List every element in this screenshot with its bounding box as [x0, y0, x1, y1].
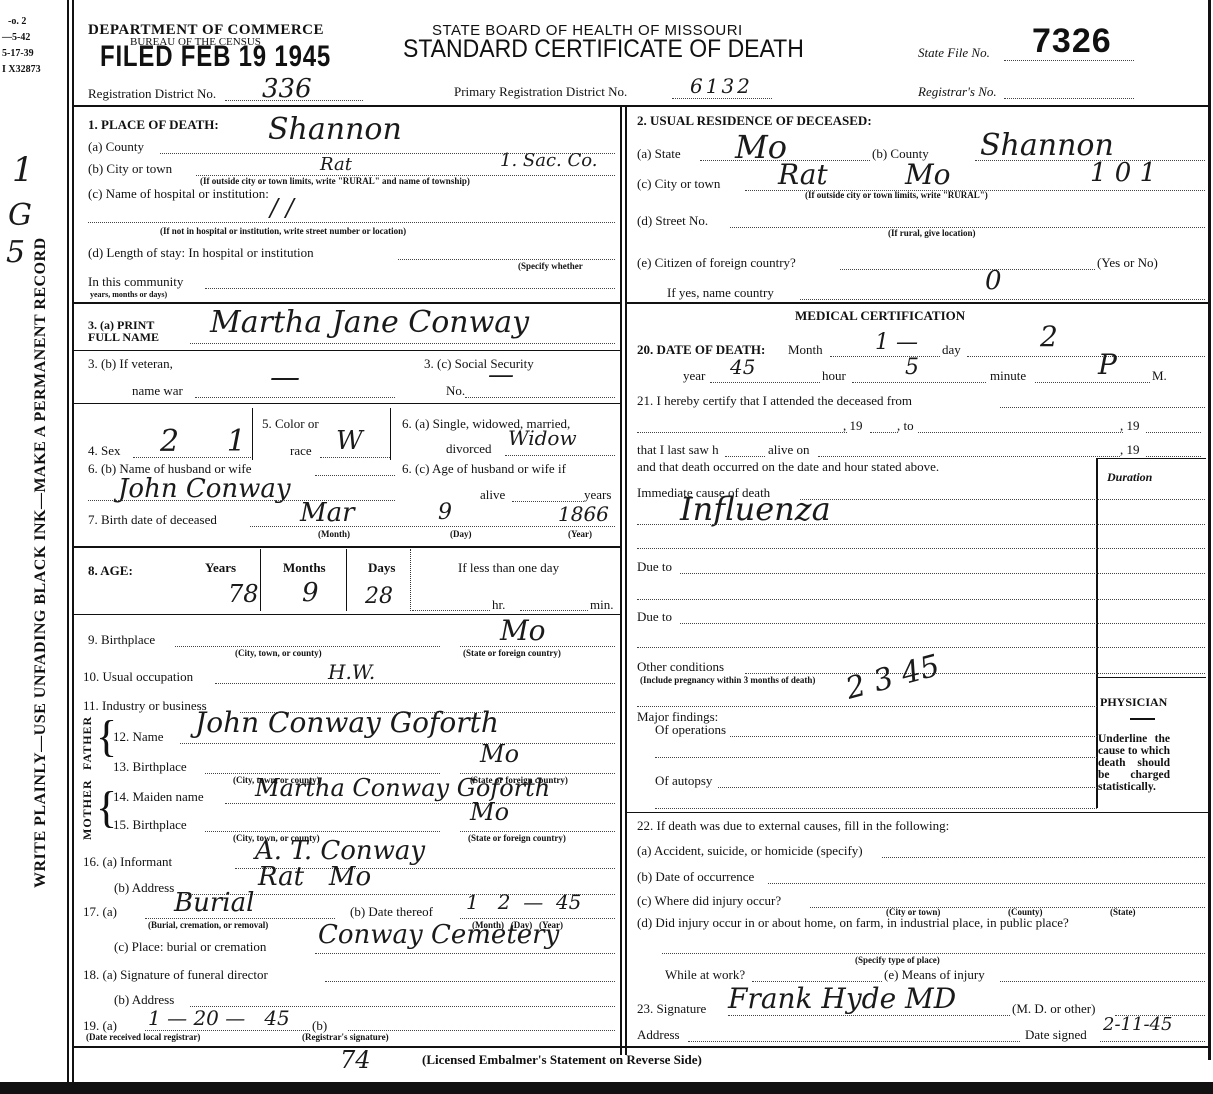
mother-name-label: 14. Maiden name	[113, 789, 204, 805]
birth-month-value: Mar	[300, 498, 355, 528]
age-months-value: 9	[302, 578, 319, 608]
registration-district-value: 336	[262, 74, 312, 104]
page-title: STANDARD CERTIFICATE OF DEATH	[403, 35, 804, 64]
margin-code: 5-17-39	[2, 46, 41, 62]
birthplace-value: Mo	[500, 614, 546, 647]
state-file-value: 7326	[1032, 22, 1112, 61]
birth-date-label: 7. Birth date of deceased	[88, 512, 217, 528]
work-label: While at work?	[665, 967, 745, 983]
column-divider	[620, 105, 622, 1055]
death-city-note: (If outside city or town limits, write "…	[200, 176, 470, 186]
veteran-value: —	[270, 360, 300, 395]
father-name-label: 12. Name	[113, 729, 164, 745]
res-city-label: (c) City or town	[637, 176, 720, 192]
primary-district-value: 6132	[690, 74, 753, 98]
mother-birth-value: Mo	[470, 798, 509, 826]
occupation-label: 10. Usual occupation	[83, 669, 193, 685]
birthplace-label: 9. Birthplace	[88, 632, 155, 648]
death-minute-label: minute	[990, 368, 1026, 384]
autopsy-label: Of autopsy	[655, 773, 712, 789]
age-min-label: min.	[590, 597, 613, 613]
death-minute-value: P	[1098, 348, 1117, 381]
full-name-value: Martha Jane Conway	[210, 305, 529, 340]
footer-note: (Licensed Embalmer's Statement on Revers…	[422, 1052, 702, 1068]
due-to-2-label: Due to	[637, 609, 672, 625]
birth-year-note: (Year)	[568, 529, 592, 539]
certify-19a: , 19	[843, 418, 863, 434]
res-street-note: (If rural, give location)	[888, 228, 975, 238]
registrar-date-value: 1 — 20 — 45	[148, 1006, 290, 1030]
veteran-label-1: 3. (b) If veteran,	[88, 356, 173, 372]
informant-address-label: (b) Address	[114, 880, 174, 896]
informant-label: 16. (a) Informant	[83, 854, 172, 870]
ss-value: —	[488, 360, 514, 390]
margin-code: -o. 2	[2, 14, 41, 30]
death-city-label: (b) City or town	[88, 161, 172, 177]
last-saw-label: that I last saw h	[637, 442, 719, 458]
primary-district-label: Primary Registration District No.	[454, 84, 627, 100]
hospital-value: / /	[270, 194, 294, 222]
marital-value: Widow	[508, 426, 577, 450]
veteran-label-2: name war	[132, 383, 183, 399]
sex-value: 2 1	[160, 424, 246, 459]
spouse-age-suffix: years	[584, 487, 611, 503]
father-birth-label: 13. Birthplace	[113, 759, 187, 775]
physician-note: Underline the cause to which death shoul…	[1098, 733, 1170, 793]
residence-heading: 2. USUAL RESIDENCE OF DECEASED:	[637, 113, 872, 129]
informant-address-value: Rat Mo	[258, 862, 371, 892]
external-d-label: (d) Did injury occur in or about home, o…	[637, 915, 1069, 931]
age-years-label: Years	[205, 560, 236, 576]
other-conditions-label: Other conditions	[637, 659, 724, 675]
res-country-value: 0	[985, 266, 1002, 296]
certify-19b: , 19	[1120, 418, 1140, 434]
disposition-label: 17. (a)	[83, 904, 117, 920]
community-note: years, months or days)	[90, 290, 167, 299]
mother-side-label: MOTHER	[80, 779, 95, 840]
death-day-label: day	[942, 342, 961, 358]
death-day-value: 2	[1040, 320, 1058, 353]
name-label-2: FULL NAME	[88, 330, 159, 345]
operations-label: Of operations	[655, 722, 726, 738]
registration-district-label: Registration District No.	[88, 86, 216, 102]
external-d-note: (Specify type of place)	[855, 955, 940, 965]
ss-label-2: No.	[446, 383, 465, 399]
birth-day-note: (Day)	[450, 529, 472, 539]
age-hr-label: hr.	[492, 597, 505, 613]
mother-birth-label: 15. Birthplace	[113, 817, 187, 833]
external-b-label: (b) Date of occurrence	[637, 869, 754, 885]
death-month-value: 1 —	[875, 330, 918, 355]
vertical-instruction: WRITE PLAINLY—USE UNFADING BLACK INK—MAK…	[32, 237, 50, 888]
place-heading: 1. PLACE OF DEATH:	[88, 117, 219, 133]
death-city-value: Rat	[320, 154, 352, 175]
father-side-label: FATHER	[80, 716, 95, 770]
signature-label: 23. Signature	[637, 1001, 706, 1017]
age-label: 8. AGE:	[88, 563, 133, 579]
duration-label: Duration	[1107, 470, 1152, 485]
external-c-note-state: (State)	[1110, 907, 1136, 917]
spouse-age-label-1: 6. (c) Age of husband or wife if	[402, 461, 566, 477]
margin-code: —5-42	[2, 30, 41, 46]
birth-year-value: 1866	[558, 502, 609, 526]
place-label: (c) Place: burial or cremation	[114, 939, 266, 955]
registrar-no-label: Registrar's No.	[918, 84, 997, 100]
death-county-label: (a) County	[88, 139, 144, 155]
place-value: Conway Cemetery	[318, 920, 559, 950]
date-signed-value: 2-11-45	[1103, 1014, 1172, 1035]
res-citizen-label: (e) Citizen of foreign country?	[637, 255, 796, 271]
birth-month-note: (Month)	[318, 529, 350, 539]
mother-state-note: (State or foreign country)	[468, 833, 566, 843]
community-label: In this community	[88, 274, 183, 290]
last-19: , 19	[1120, 442, 1140, 458]
physician-address-label: Address	[637, 1027, 680, 1043]
left-border	[67, 0, 69, 1094]
death-city-extra: 1. Sac. Co.	[500, 150, 598, 171]
color-label-1: 5. Color or	[262, 416, 319, 432]
color-label-2: race	[290, 443, 312, 459]
age-less-label: If less than one day	[458, 560, 559, 576]
death-occurred-text: and that death occurred on the date and …	[637, 459, 939, 475]
registrar-sig-note: (Registrar's signature)	[302, 1032, 389, 1042]
birthplace-state-note: (State or foreign country)	[463, 648, 561, 658]
other-conditions-value: 2 3 45	[842, 648, 943, 707]
res-city-value: Rat	[778, 158, 828, 191]
hospital-label: (c) Name of hospital or institution:	[88, 186, 269, 202]
age-days-value: 28	[365, 584, 393, 609]
signature-value: Frank Hyde MD	[728, 982, 956, 1015]
certify-to: , to	[897, 418, 914, 434]
res-city-extra: 1 0 1	[1090, 158, 1156, 188]
margin-code: I X32873	[2, 62, 41, 78]
hospital-note: (If not in hospital or institution, writ…	[160, 226, 406, 236]
medical-heading: MEDICAL CERTIFICATION	[795, 308, 965, 324]
sex-label: 4. Sex	[88, 443, 121, 459]
margin-mark: 5	[6, 235, 25, 270]
res-country-label: If yes, name country	[667, 285, 774, 301]
father-name-value: John Conway Goforth	[195, 706, 499, 739]
father-birth-value: Mo	[480, 740, 519, 768]
external-heading: 22. If death was due to external causes,…	[637, 818, 949, 834]
res-city-note: (If outside city or town limits, write "…	[805, 190, 988, 200]
death-year-value: 45	[730, 355, 755, 379]
date-signed-label: Date signed	[1025, 1027, 1087, 1043]
res-street-label: (d) Street No.	[637, 213, 708, 229]
bottom-band	[0, 1082, 1213, 1094]
stay-label: (d) Length of stay: In hospital or insti…	[88, 245, 314, 261]
date-thereof-value: 1 2 — 45	[466, 890, 581, 914]
marital-label-2: divorced	[446, 441, 491, 457]
death-year-label: year	[683, 368, 705, 384]
disposition-value: Burial	[174, 888, 254, 918]
means-label: (e) Means of injury	[884, 967, 985, 983]
filed-stamp: FILED FEB 19 1945	[100, 40, 331, 74]
death-hour-label: hour	[822, 368, 846, 384]
margin-mark: G	[8, 198, 32, 233]
alive-on-label: alive on	[768, 442, 810, 458]
res-city-value-2: Mo	[905, 158, 951, 191]
header-rule	[72, 105, 1210, 107]
death-county-value: Shannon	[268, 112, 402, 147]
spouse-value: John Conway	[118, 474, 291, 504]
occupation-value: H.W.	[328, 660, 375, 684]
death-month-label: Month	[788, 342, 823, 358]
age-years-value: 78	[228, 580, 259, 608]
m-suffix: M.	[1152, 368, 1167, 384]
external-a-label: (a) Accident, suicide, or homicide (spec…	[637, 843, 863, 859]
color-value: W	[336, 426, 363, 456]
spouse-age-label-2: alive	[480, 487, 505, 503]
res-citizen-suffix: (Yes or No)	[1097, 255, 1158, 271]
registrar-date-note: (Date received local registrar)	[86, 1032, 200, 1042]
margin-mark: 1	[12, 150, 34, 190]
certify-label: 21. I hereby certify that I attended the…	[637, 393, 912, 409]
ss-label-1: 3. (c) Social Security	[424, 356, 534, 372]
disposition-note: (Burial, cremation, or removal)	[148, 920, 268, 930]
md-label: (M. D. or other)	[1012, 1001, 1095, 1017]
birthplace-city-note: (City, town, or county)	[235, 648, 322, 658]
age-months-label: Months	[283, 560, 326, 576]
stay-note: (Specify whether	[518, 261, 583, 271]
director-label: 18. (a) Signature of funeral director	[83, 967, 268, 983]
other-conditions-note: (Include pregnancy within 3 months of de…	[640, 675, 815, 685]
immediate-cause-value: Influenza	[680, 490, 831, 528]
res-state-label: (a) State	[637, 146, 681, 162]
date-thereof-label: (b) Date thereof	[350, 904, 433, 920]
state-file-label: State File No.	[918, 45, 990, 61]
birth-day-value: 9	[438, 500, 452, 525]
footer-number: 74	[340, 1046, 371, 1074]
due-to-1-label: Due to	[637, 559, 672, 575]
external-c-label: (c) Where did injury occur?	[637, 893, 781, 909]
age-days-label: Days	[368, 560, 395, 576]
physician-label: PHYSICIAN	[1100, 695, 1167, 710]
death-hour-value: 5	[905, 355, 919, 380]
margin-codes: -o. 2 —5-42 5-17-39 I X32873	[2, 14, 41, 78]
right-border	[1208, 0, 1211, 1060]
